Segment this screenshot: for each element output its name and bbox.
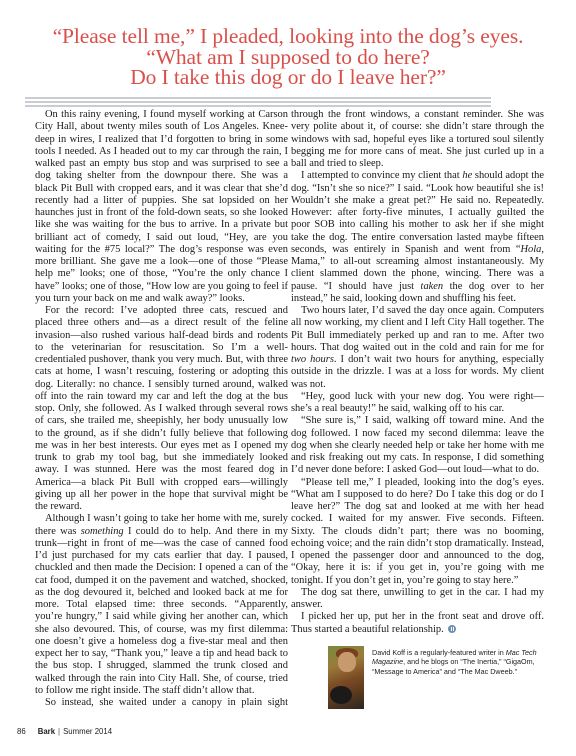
article-paragraph: I picked her up, put her in the front se… <box>291 611 544 636</box>
article-paragraph: The dog sat there, unwilling to get in t… <box>291 587 544 612</box>
bark-end-mark-icon <box>448 625 456 633</box>
divider-rule <box>25 105 491 107</box>
page-number: 86 <box>17 727 26 736</box>
photo-dog <box>330 686 352 704</box>
article-paragraph: “Please tell me,” I pleaded, looking int… <box>291 477 544 587</box>
article-paragraph: For the record: I’ve adopted three cats,… <box>35 305 288 513</box>
article-paragraph: through the front windows, a constant re… <box>291 109 544 170</box>
issue-date: Summer 2014 <box>63 727 112 736</box>
author-photo <box>328 646 364 709</box>
pull-quote-line: Do I take this dog or do I leave her?” <box>26 67 550 88</box>
article-paragraph: Two hours later, I’d saved the day once … <box>291 305 544 391</box>
pull-quote-line: “What am I supposed to do here? <box>26 47 550 68</box>
article-paragraph: So instead, she waited under a canopy in… <box>35 697 288 709</box>
author-bio-text: David Koff is a regularly-featured write… <box>372 648 542 676</box>
article-column-right: through the front windows, a constant re… <box>291 109 544 636</box>
author-bio: David Koff is a regularly-featured write… <box>328 646 548 716</box>
pull-quote: “Please tell me,” I pleaded, looking int… <box>26 26 550 88</box>
page-footer: 86Bark|Summer 2014 <box>17 727 112 736</box>
pull-quote-line: “Please tell me,” I pleaded, looking int… <box>26 26 550 47</box>
article-paragraph: I attempted to convince my client that h… <box>291 170 544 305</box>
footer-separator: | <box>58 727 60 736</box>
article-column-left: On this rainy evening, I found myself wo… <box>35 109 288 709</box>
article-paragraph: Although I wasn’t going to take her home… <box>35 513 288 697</box>
divider-rule <box>25 101 491 103</box>
magazine-page: “Please tell me,” I pleaded, looking int… <box>0 0 576 756</box>
article-paragraph: “Hey, good luck with your new dog. You w… <box>291 391 544 416</box>
photo-face <box>338 652 356 672</box>
article-paragraph: “She sure is,” I said, walking off towar… <box>291 415 544 476</box>
divider-rule <box>25 97 491 99</box>
article-paragraph: On this rainy evening, I found myself wo… <box>35 109 288 305</box>
section-divider <box>25 97 491 109</box>
magazine-name: Bark <box>38 727 55 736</box>
